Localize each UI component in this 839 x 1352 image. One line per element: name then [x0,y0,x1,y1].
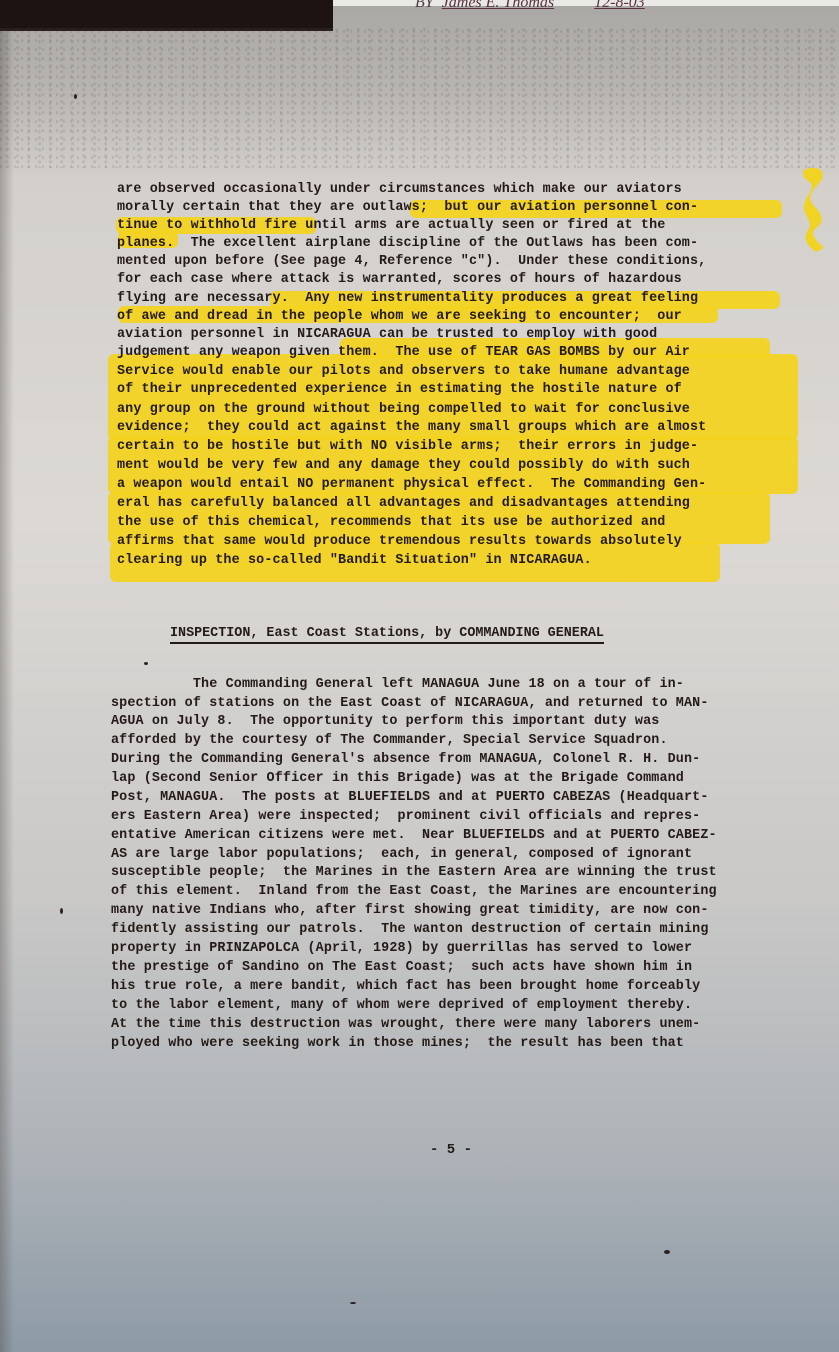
paragraph-line: a weapon would entail NO permanent physi… [117,477,706,493]
paragraph-line: affirms that same would produce tremendo… [117,534,682,550]
paragraph-line: the use of this chemical, recommends tha… [117,515,665,531]
body-line: the prestige of Sandino on The East Coas… [111,960,692,976]
body-line: Post, MANAGUA. The posts at BLUEFIELDS a… [111,790,709,806]
paragraph-line: aviation personnel in NICARAGUA can be t… [117,327,657,343]
paragraph-line: evidence; they could act against the man… [117,420,706,436]
paragraph-line: eral has carefully balanced all advantag… [117,496,690,512]
body-line: of this element. Inland from the East Co… [111,884,717,900]
paragraph-line: of their unprecedented experience in est… [117,382,682,398]
body-line: his true role, a mere bandit, which fact… [111,979,700,995]
speck [664,1250,670,1254]
section-heading: INSPECTION, East Coast Stations, by COMM… [170,626,604,644]
paragraph-line: of awe and dread in the people whom we a… [117,309,682,325]
body-line: AS are large labor populations; each, in… [111,847,692,863]
paragraph-line: judgement any weapon given them. The use… [117,345,690,361]
paragraph-line: are observed occasionally under circumst… [117,182,682,198]
body-line: afforded by the courtesy of The Commande… [111,733,668,749]
body-line: fidently assisting our patrols. The want… [111,922,709,938]
body-line: susceptible people; the Marines in the E… [111,865,717,881]
body-line: to the labor element, many of whom were … [111,998,692,1014]
paragraph-line: clearing up the so-called "Bandit Situat… [117,553,592,569]
paragraph-line: ment would be very few and any damage th… [117,458,690,474]
body-line: ers Eastern Area) were inspected; promin… [111,809,700,825]
body-line: entative American citizens were met. Nea… [111,828,717,844]
body-line: ployed who were seeking work in those mi… [111,1036,684,1052]
page-number: - 5 - [430,1142,472,1158]
body-line: property in PRINZAPOLCA (April, 1928) by… [111,941,692,957]
speck [74,94,77,99]
body-line: AGUA on July 8. The opportunity to perfo… [111,714,659,730]
document-page: are observed occasionally under circumst… [0,0,839,1352]
paragraph-line: certain to be hostile but with NO visibl… [117,439,698,455]
speck [144,662,148,665]
paragraph-line: tinue to withhold fire until arms are ac… [117,218,665,234]
speck [350,1302,356,1304]
paragraph-line: morally certain that they are outlaws; b… [117,200,698,216]
paragraph-line: planes. The excellent airplane disciplin… [117,236,698,252]
paragraph-line: flying are necessary. Any new instrument… [117,291,698,307]
body-line: spection of stations on the East Coast o… [111,696,709,712]
body-line: many native Indians who, after first sho… [111,903,709,919]
paragraph-line: any group on the ground without being co… [117,402,690,418]
body-line: At the time this destruction was wrought… [111,1017,700,1033]
paragraph-line: Service would enable our pilots and obse… [117,364,690,380]
speck [60,908,63,914]
paragraph-line: mented upon before (See page 4, Referenc… [117,254,706,270]
body-line: During the Commanding General's absence … [111,752,700,768]
body-line: The Commanding General left MANAGUA June… [111,677,684,693]
paragraph-line: for each case where attack is warranted,… [117,272,682,288]
body-line: lap (Second Senior Officer in this Briga… [111,771,684,787]
